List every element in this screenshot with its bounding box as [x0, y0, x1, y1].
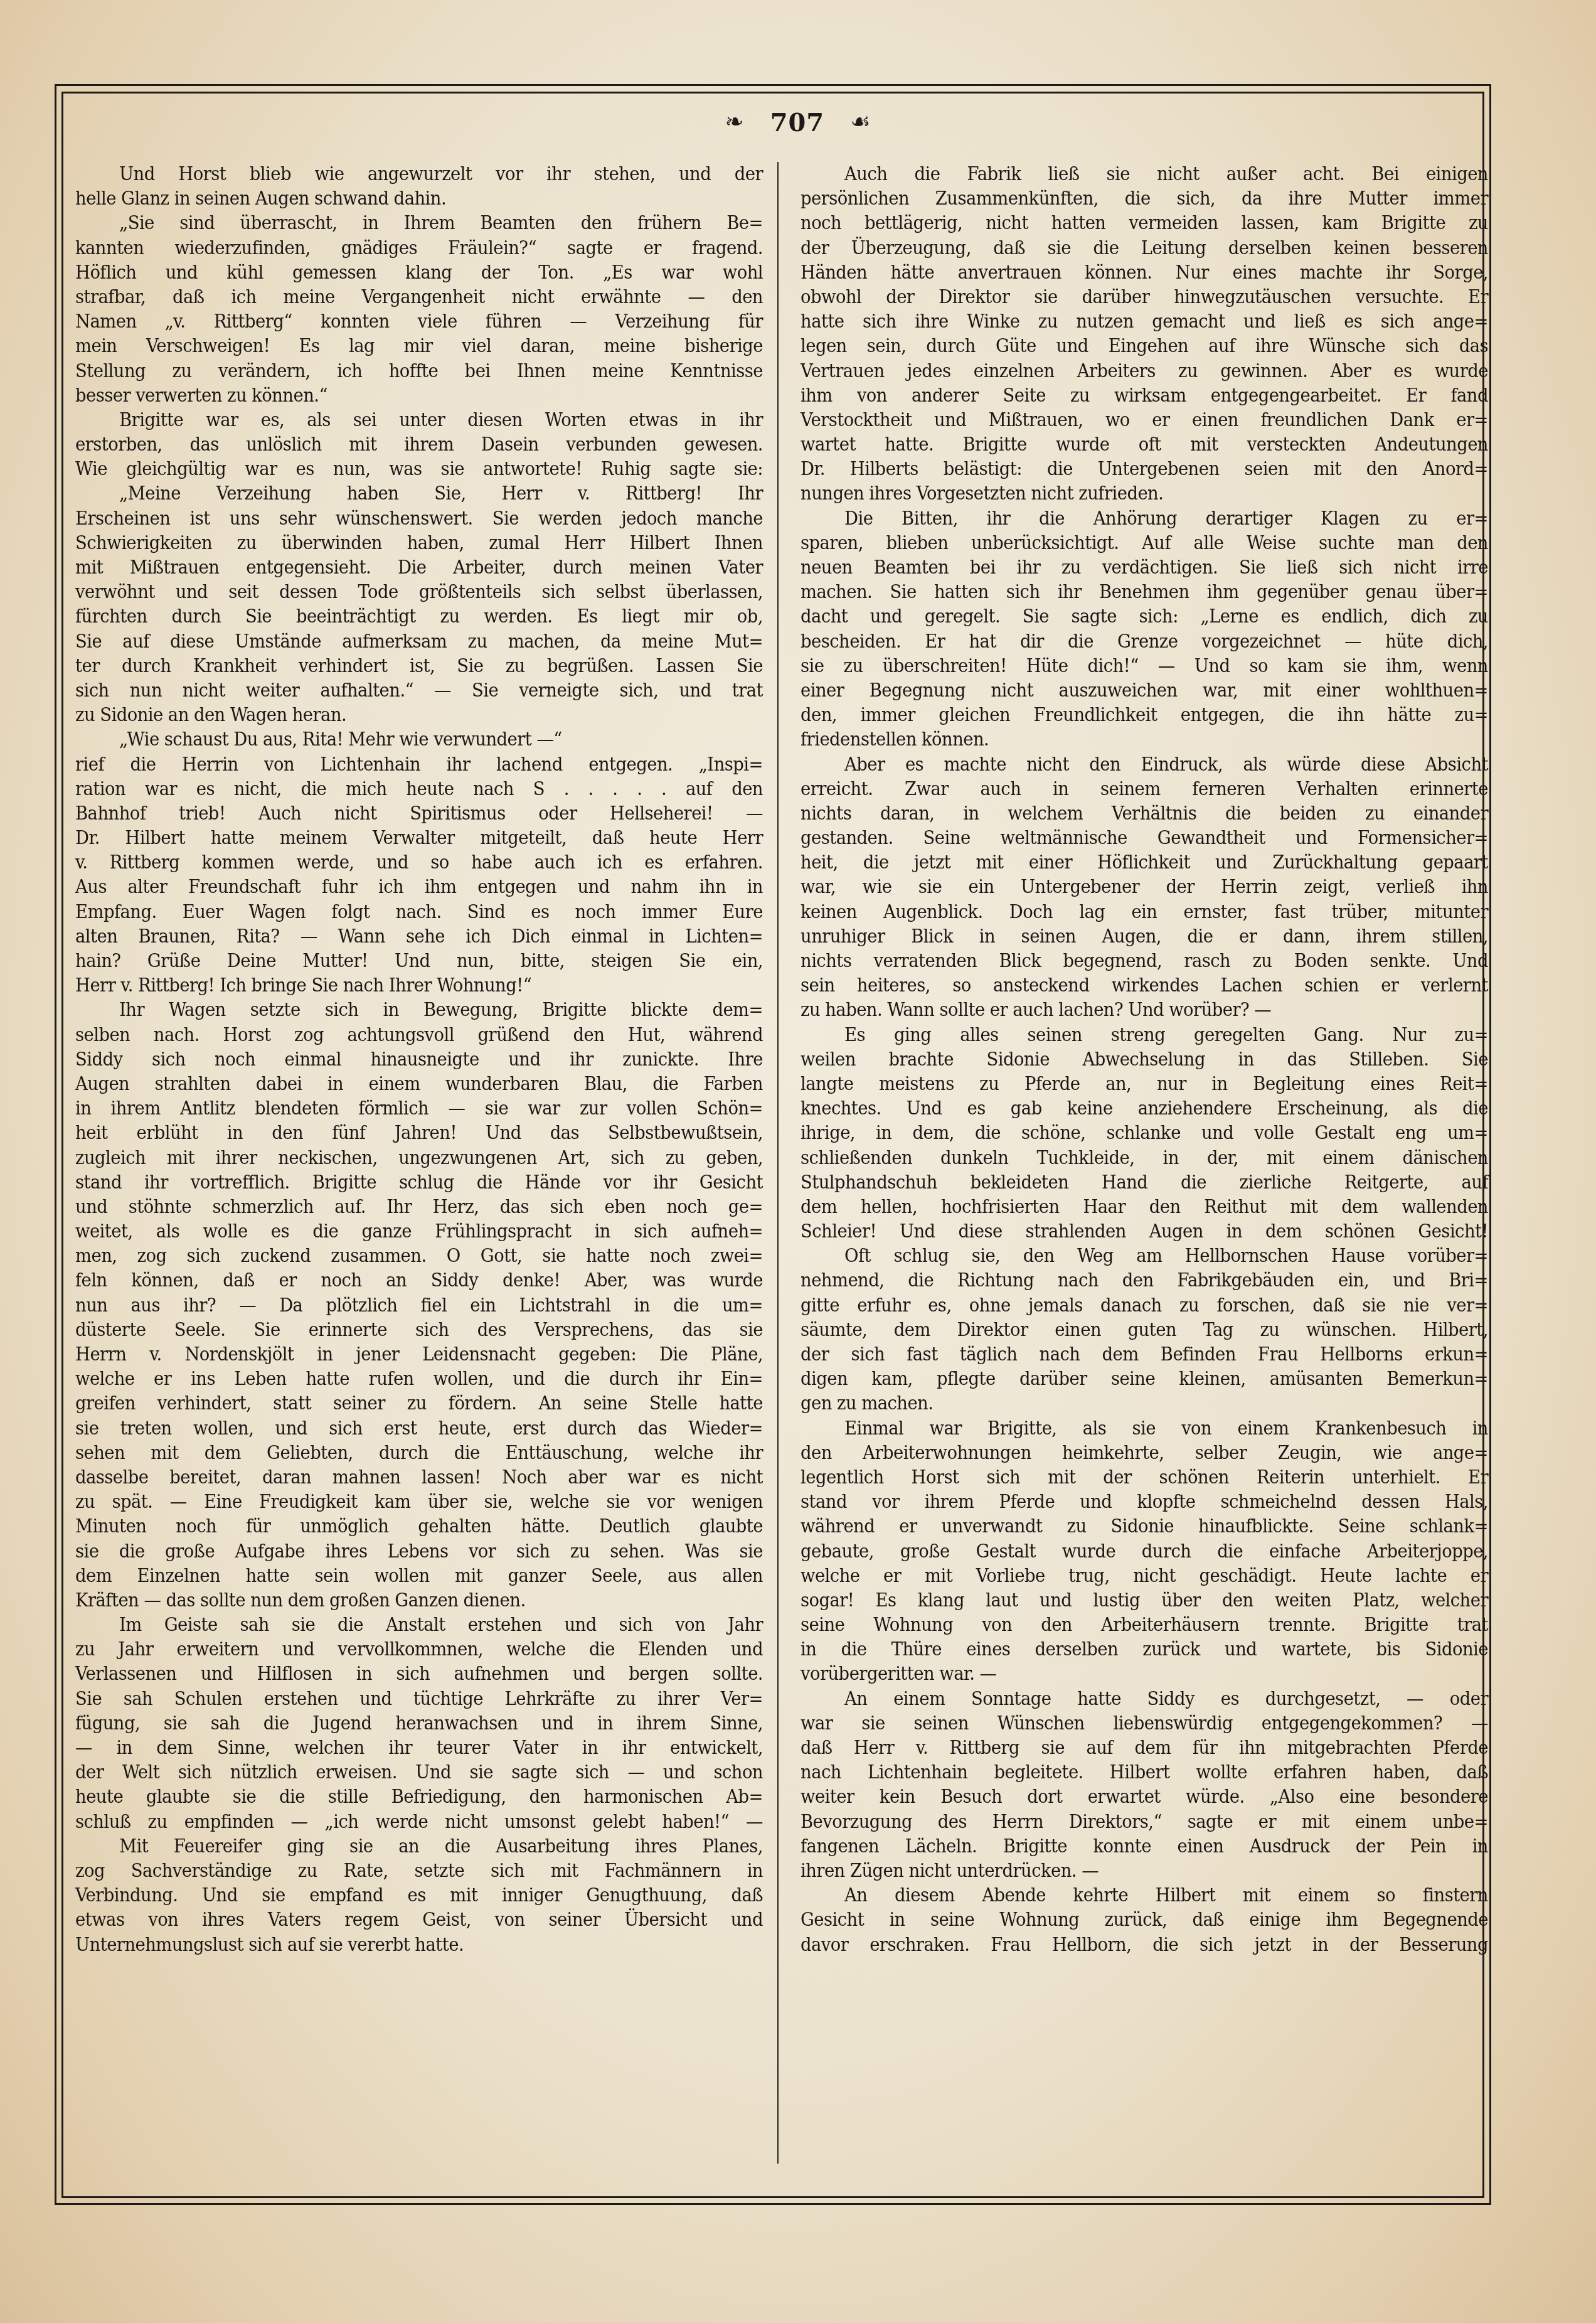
text-line: nichts verratenden Blick begegnend, rasc… — [801, 949, 1488, 973]
text-line: nungen ihres Vorgesetzten nicht zufriede… — [801, 481, 1488, 506]
text-line: und stöhnte schmerzlich auf. Ihr Herz, d… — [75, 1195, 763, 1219]
text-line: legentlich Horst sich mit der schönen Re… — [801, 1465, 1488, 1490]
text-line: gitte erfuhr es, ohne jemals danach zu f… — [801, 1293, 1488, 1318]
text-line: sie treten wollen, und sich erst heute, … — [75, 1416, 763, 1441]
text-line: Und Horst blieb wie angewurzelt vor ihr … — [75, 162, 763, 186]
text-line: schluß zu empfinden — „ich werde nicht u… — [75, 1810, 763, 1834]
text-line: Schleier! Und diese strahlenden Augen in… — [801, 1219, 1488, 1244]
text-line: hatte sich ihre Winke zu nutzen gemacht … — [801, 309, 1488, 334]
text-line: obwohl der Direktor sie darüber hinwegzu… — [801, 285, 1488, 309]
text-line: strafbar, daß ich meine Vergangenheit ni… — [75, 285, 763, 309]
text-line: Brigitte war es, als sei unter diesen Wo… — [75, 408, 763, 432]
text-line: ihm von anderer Seite zu wirksam entgege… — [801, 383, 1488, 408]
text-line: Die Bitten, ihr die Anhörung derartiger … — [801, 506, 1488, 531]
text-line: Ihr Wagen setzte sich in Bewegung, Brigi… — [75, 998, 763, 1022]
text-line: nichts daran, in welchem Verhältnis die … — [801, 801, 1488, 826]
text-line: Aus alter Freundschaft fuhr ich ihm entg… — [75, 875, 763, 899]
text-line: in ihrem Antlitz blendeten förmlich — si… — [75, 1096, 763, 1121]
text-line: langte meistens zu Pferde an, nur in Beg… — [801, 1072, 1488, 1096]
text-line: neuen Beamten bei ihr zu verdächtigen. S… — [801, 555, 1488, 580]
text-line: „Wie schaust Du aus, Rita! Mehr wie verw… — [75, 727, 763, 752]
text-line: weitet, als wolle es die ganze Frühlings… — [75, 1219, 763, 1244]
text-line: säumte, dem Direktor einen guten Tag zu … — [801, 1318, 1488, 1342]
text-line: Wie gleichgültig war es nun, was sie ant… — [75, 457, 763, 481]
text-line: sich nun nicht weiter aufhalten.“ — Sie … — [75, 678, 763, 703]
text-line: Herr v. Rittberg! Ich bringe Sie nach Ih… — [75, 973, 763, 998]
text-line: „Meine Verzeihung haben Sie, Herr v. Rit… — [75, 481, 763, 506]
text-line: wartet hatte. Brigitte wurde oft mit ver… — [801, 432, 1488, 457]
text-line: An einem Sonntage hatte Siddy es durchge… — [801, 1687, 1488, 1711]
text-line: mit Mißtrauen entgegensieht. Die Arbeite… — [75, 555, 763, 580]
text-line: heit erblüht in den fünf Jahren! Und das… — [75, 1121, 763, 1145]
text-line: bescheiden. Er hat dir die Grenze vorgez… — [801, 629, 1488, 654]
text-line: davor erschraken. Frau Hellborn, die sic… — [801, 1933, 1488, 1957]
text-line: alten Braunen, Rita? — Wann sehe ich Dic… — [75, 924, 763, 949]
text-line: Gesicht in seine Wohnung zurück, daß ein… — [801, 1908, 1488, 1932]
text-line: legen sein, durch Güte und Eingehen auf … — [801, 334, 1488, 358]
text-line: greifen verhindert, statt seiner zu förd… — [75, 1391, 763, 1416]
text-line: machen. Sie hatten sich ihr Benehmen ihm… — [801, 580, 1488, 604]
text-line: stand ihr vortrefflich. Brigitte schlug … — [75, 1170, 763, 1195]
text-line: gebaute, große Gestalt wurde durch die e… — [801, 1539, 1488, 1564]
text-line: Kräften — das sollte nun dem großen Ganz… — [75, 1588, 763, 1613]
text-line: fürchten durch Sie beeinträchtigt zu wer… — [75, 604, 763, 629]
text-line: Stulphandschuh bekleideten Hand die zier… — [801, 1170, 1488, 1195]
text-line: zu Jahr erweitern und vervollkommnen, we… — [75, 1637, 763, 1662]
text-line: friedenstellen können. — [801, 727, 1488, 752]
text-line: den Arbeiterwohnungen heimkehrte, selber… — [801, 1441, 1488, 1465]
text-line: Unternehmungslust sich auf sie vererbt h… — [75, 1933, 763, 1957]
text-line: feln können, daß er noch an Siddy denke!… — [75, 1268, 763, 1293]
text-line: Siddy sich noch einmal hinausneigte und … — [75, 1047, 763, 1072]
text-line: ter durch Krankheit verhindert ist, Sie … — [75, 654, 763, 678]
text-line: Dr. Hilbert hatte meinem Verwalter mitge… — [75, 826, 763, 850]
text-line: daß Herr v. Rittberg sie auf dem für ihn… — [801, 1736, 1488, 1760]
text-line: welche er mit Vorliebe trug, nicht gesch… — [801, 1564, 1488, 1588]
text-line: etwas von ihres Vaters regem Geist, von … — [75, 1908, 763, 1932]
text-line: der sich fast täglich nach dem Befinden … — [801, 1342, 1488, 1367]
text-line: Bevorzugung des Herrn Direktors,“ sagte … — [801, 1810, 1488, 1834]
text-line: Stellung zu verändern, ich hoffte bei Ih… — [75, 359, 763, 383]
text-line: men, zog sich zuckend zusammen. O Gott, … — [75, 1244, 763, 1268]
text-line: ihren Zügen nicht unterdrücken. — — [801, 1859, 1488, 1883]
text-line: schließenden dunkeln Tuchkleide, in der,… — [801, 1146, 1488, 1170]
text-line: mein Verschweigen! Es lag mir viel daran… — [75, 334, 763, 358]
text-line: selben nach. Horst zog achtungsvoll grüß… — [75, 1023, 763, 1047]
text-line: Verbindung. Und sie empfand es mit innig… — [75, 1883, 763, 1908]
text-line: An diesem Abende kehrte Hilbert mit eine… — [801, 1883, 1488, 1908]
text-line: unruhiger Blick in seinen Augen, die er … — [801, 924, 1488, 949]
text-line: Mit Feuereifer ging sie an die Ausarbeit… — [75, 1834, 763, 1859]
text-line: nehmend, die Richtung nach den Fabrikgeb… — [801, 1268, 1488, 1293]
fleuron-right-icon: ☙ — [850, 109, 871, 135]
text-line: Verlassenen und Hilflosen in sich aufneh… — [75, 1662, 763, 1686]
text-line: düsterte Seele. Sie erinnerte sich des V… — [75, 1318, 763, 1342]
text-line: knechtes. Und es gab keine anziehendere … — [801, 1096, 1488, 1121]
text-column-right: Auch die Fabrik ließ sie nicht außer ach… — [801, 162, 1488, 1957]
text-line: fügung, sie sah die Jugend heranwachsen … — [75, 1711, 763, 1736]
page-number-header: ❧ 707 ☙ — [0, 108, 1596, 137]
text-line: sogar! Es klang laut und lustig über den… — [801, 1588, 1488, 1613]
text-line: der Überzeugung, daß sie die Leitung der… — [801, 236, 1488, 260]
text-line: sie zu überschreiten! Hüte dich!“ — Und … — [801, 654, 1488, 678]
text-line: erstorben, das unlöslich mit ihrem Dasei… — [75, 432, 763, 457]
text-line: nach Lichtenhain begleitete. Hilbert wol… — [801, 1760, 1488, 1785]
text-line: Im Geiste sah sie die Anstalt erstehen u… — [75, 1613, 763, 1637]
text-line: sparen, blieben unberücksichtigt. Auf al… — [801, 531, 1488, 555]
text-line: Empfang. Euer Wagen folgt nach. Sind es … — [75, 900, 763, 924]
text-line: Erscheinen ist uns sehr wünschenswert. S… — [75, 506, 763, 531]
text-line: sein heiteres, so ansteckend wirkendes L… — [801, 973, 1488, 998]
text-line: fangenen Lächeln. Brigitte konnte einen … — [801, 1834, 1488, 1859]
text-line: dacht und geregelt. Sie sagte sich: „Ler… — [801, 604, 1488, 629]
fleuron-left-icon: ❧ — [725, 109, 745, 135]
text-line: digen kam, pflegte darüber seine kleinen… — [801, 1367, 1488, 1391]
text-line: sehen mit dem Geliebten, durch die Enttä… — [75, 1441, 763, 1465]
text-line: Namen „v. Rittberg“ konnten viele führen… — [75, 309, 763, 334]
text-line: weiter kein Besuch dort erwartet würde. … — [801, 1785, 1488, 1809]
text-line: Aber es machte nicht den Eindruck, als w… — [801, 752, 1488, 777]
text-line: persönlichen Zusammenkünften, die sich, … — [801, 186, 1488, 211]
text-line: heit, die jetzt mit einer Höflichkeit un… — [801, 850, 1488, 875]
text-line: zu haben. Wann sollte er auch lachen? Un… — [801, 998, 1488, 1022]
text-line: heute glaubte sie die stille Befriedigun… — [75, 1785, 763, 1809]
text-line: seine Wohnung von den Arbeiterhäusern tr… — [801, 1613, 1488, 1637]
text-line: zugleich mit ihrer neckischen, ungezwung… — [75, 1146, 763, 1170]
text-line: Sie sah Schulen erstehen und tüchtige Le… — [75, 1687, 763, 1711]
text-line: noch bettlägerig, nicht hatten vermeiden… — [801, 211, 1488, 235]
text-line: ration war es nicht, die mich heute nach… — [75, 777, 763, 801]
text-line: rief die Herrin von Lichtenhain ihr lach… — [75, 752, 763, 777]
text-line: Dr. Hilberts belästigt: die Untergebenen… — [801, 457, 1488, 481]
text-line: — in dem Sinne, welchen ihr teurer Vater… — [75, 1736, 763, 1760]
text-line: vorübergeritten war. — — [801, 1662, 1488, 1686]
text-line: dasselbe bereitet, daran mahnen lassen! … — [75, 1465, 763, 1490]
text-line: Händen hätte anvertrauen können. Nur ein… — [801, 260, 1488, 285]
text-line: Auch die Fabrik ließ sie nicht außer ach… — [801, 162, 1488, 186]
text-line: „Sie sind überrascht, in Ihrem Beamten d… — [75, 211, 763, 235]
text-line: zog Sachverständige zu Rate, setzte sich… — [75, 1859, 763, 1883]
text-line: Bahnhof trieb! Auch nicht Spiritismus od… — [75, 801, 763, 826]
text-line: kannten wiederzufinden, gnädiges Fräulei… — [75, 236, 763, 260]
text-line: Es ging alles seinen streng geregelten G… — [801, 1023, 1488, 1047]
text-line: gestanden. Seine weltmännische Gewandthe… — [801, 826, 1488, 850]
text-line: weilen brachte Sidonie Abwechselung in d… — [801, 1047, 1488, 1072]
text-line: Herrn v. Nordenskjölt in jener Leidensna… — [75, 1342, 763, 1367]
text-line: helle Glanz in seinen Augen schwand dahi… — [75, 186, 763, 211]
text-line: Minuten noch für unmöglich gehalten hätt… — [75, 1514, 763, 1539]
text-line: zu spät. — Eine Freudigkeit kam über sie… — [75, 1490, 763, 1514]
text-line: war, wie sie ein Untergebener der Herrin… — [801, 875, 1488, 899]
text-line: den, immer gleichen Freundlichkeit entge… — [801, 703, 1488, 727]
text-line: in die Thüre eines derselben zurück und … — [801, 1637, 1488, 1662]
text-line: dem hellen, hochfrisierten Haar den Reit… — [801, 1195, 1488, 1219]
column-divider — [777, 162, 779, 2164]
text-line: der Welt sich nützlich erweisen. Und sie… — [75, 1760, 763, 1785]
text-line: Verstocktheit und Mißtrauen, wo er einen… — [801, 408, 1488, 432]
text-line: während er unverwandt zu Sidonie hinaufb… — [801, 1514, 1488, 1539]
text-line: verwöhnt und seit dessen Tode größtentei… — [75, 580, 763, 604]
text-line: war sie seinen Wünschen liebenswürdig en… — [801, 1711, 1488, 1736]
text-line: hain? Grüße Deine Mutter! Und nun, bitte… — [75, 949, 763, 973]
text-line: ihrige, in dem, die schöne, schlanke und… — [801, 1121, 1488, 1145]
text-line: Höflich und kühl gemessen klang der Ton.… — [75, 260, 763, 285]
text-column-left: Und Horst blieb wie angewurzelt vor ihr … — [75, 162, 763, 1957]
text-line: zu Sidonie an den Wagen heran. — [75, 703, 763, 727]
text-line: Augen strahlten dabei in einem wunderbar… — [75, 1072, 763, 1096]
text-line: einer Begegnung nicht auszuweichen war, … — [801, 678, 1488, 703]
text-line: Schwierigkeiten zu überwinden haben, zum… — [75, 531, 763, 555]
text-line: Einmal war Brigitte, als sie von einem K… — [801, 1416, 1488, 1441]
text-line: dem Einzelnen hatte sein wollen mit ganz… — [75, 1564, 763, 1588]
text-line: gen zu machen. — [801, 1391, 1488, 1416]
text-line: Vertrauen jedes einzelnen Arbeiters zu g… — [801, 359, 1488, 383]
text-line: stand vor ihrem Pferde und klopfte schme… — [801, 1490, 1488, 1514]
text-line: welche er ins Leben hatte rufen wollen, … — [75, 1367, 763, 1391]
text-line: Oft schlug sie, den Weg am Hellbornschen… — [801, 1244, 1488, 1268]
text-line: sie die große Aufgabe ihres Lebens vor s… — [75, 1539, 763, 1564]
page-number: 707 — [770, 108, 825, 137]
text-line: nun aus ihr? — Da plötzlich fiel ein Lic… — [75, 1293, 763, 1318]
text-line: besser verwerten zu können.“ — [75, 383, 763, 408]
text-line: Sie auf diese Umstände aufmerksam zu mac… — [75, 629, 763, 654]
text-line: v. Rittberg kommen werde, und so habe au… — [75, 850, 763, 875]
text-line: erreicht. Zwar auch in seinem ferneren V… — [801, 777, 1488, 801]
text-line: keinen Augenblick. Doch lag ein ernster,… — [801, 900, 1488, 924]
